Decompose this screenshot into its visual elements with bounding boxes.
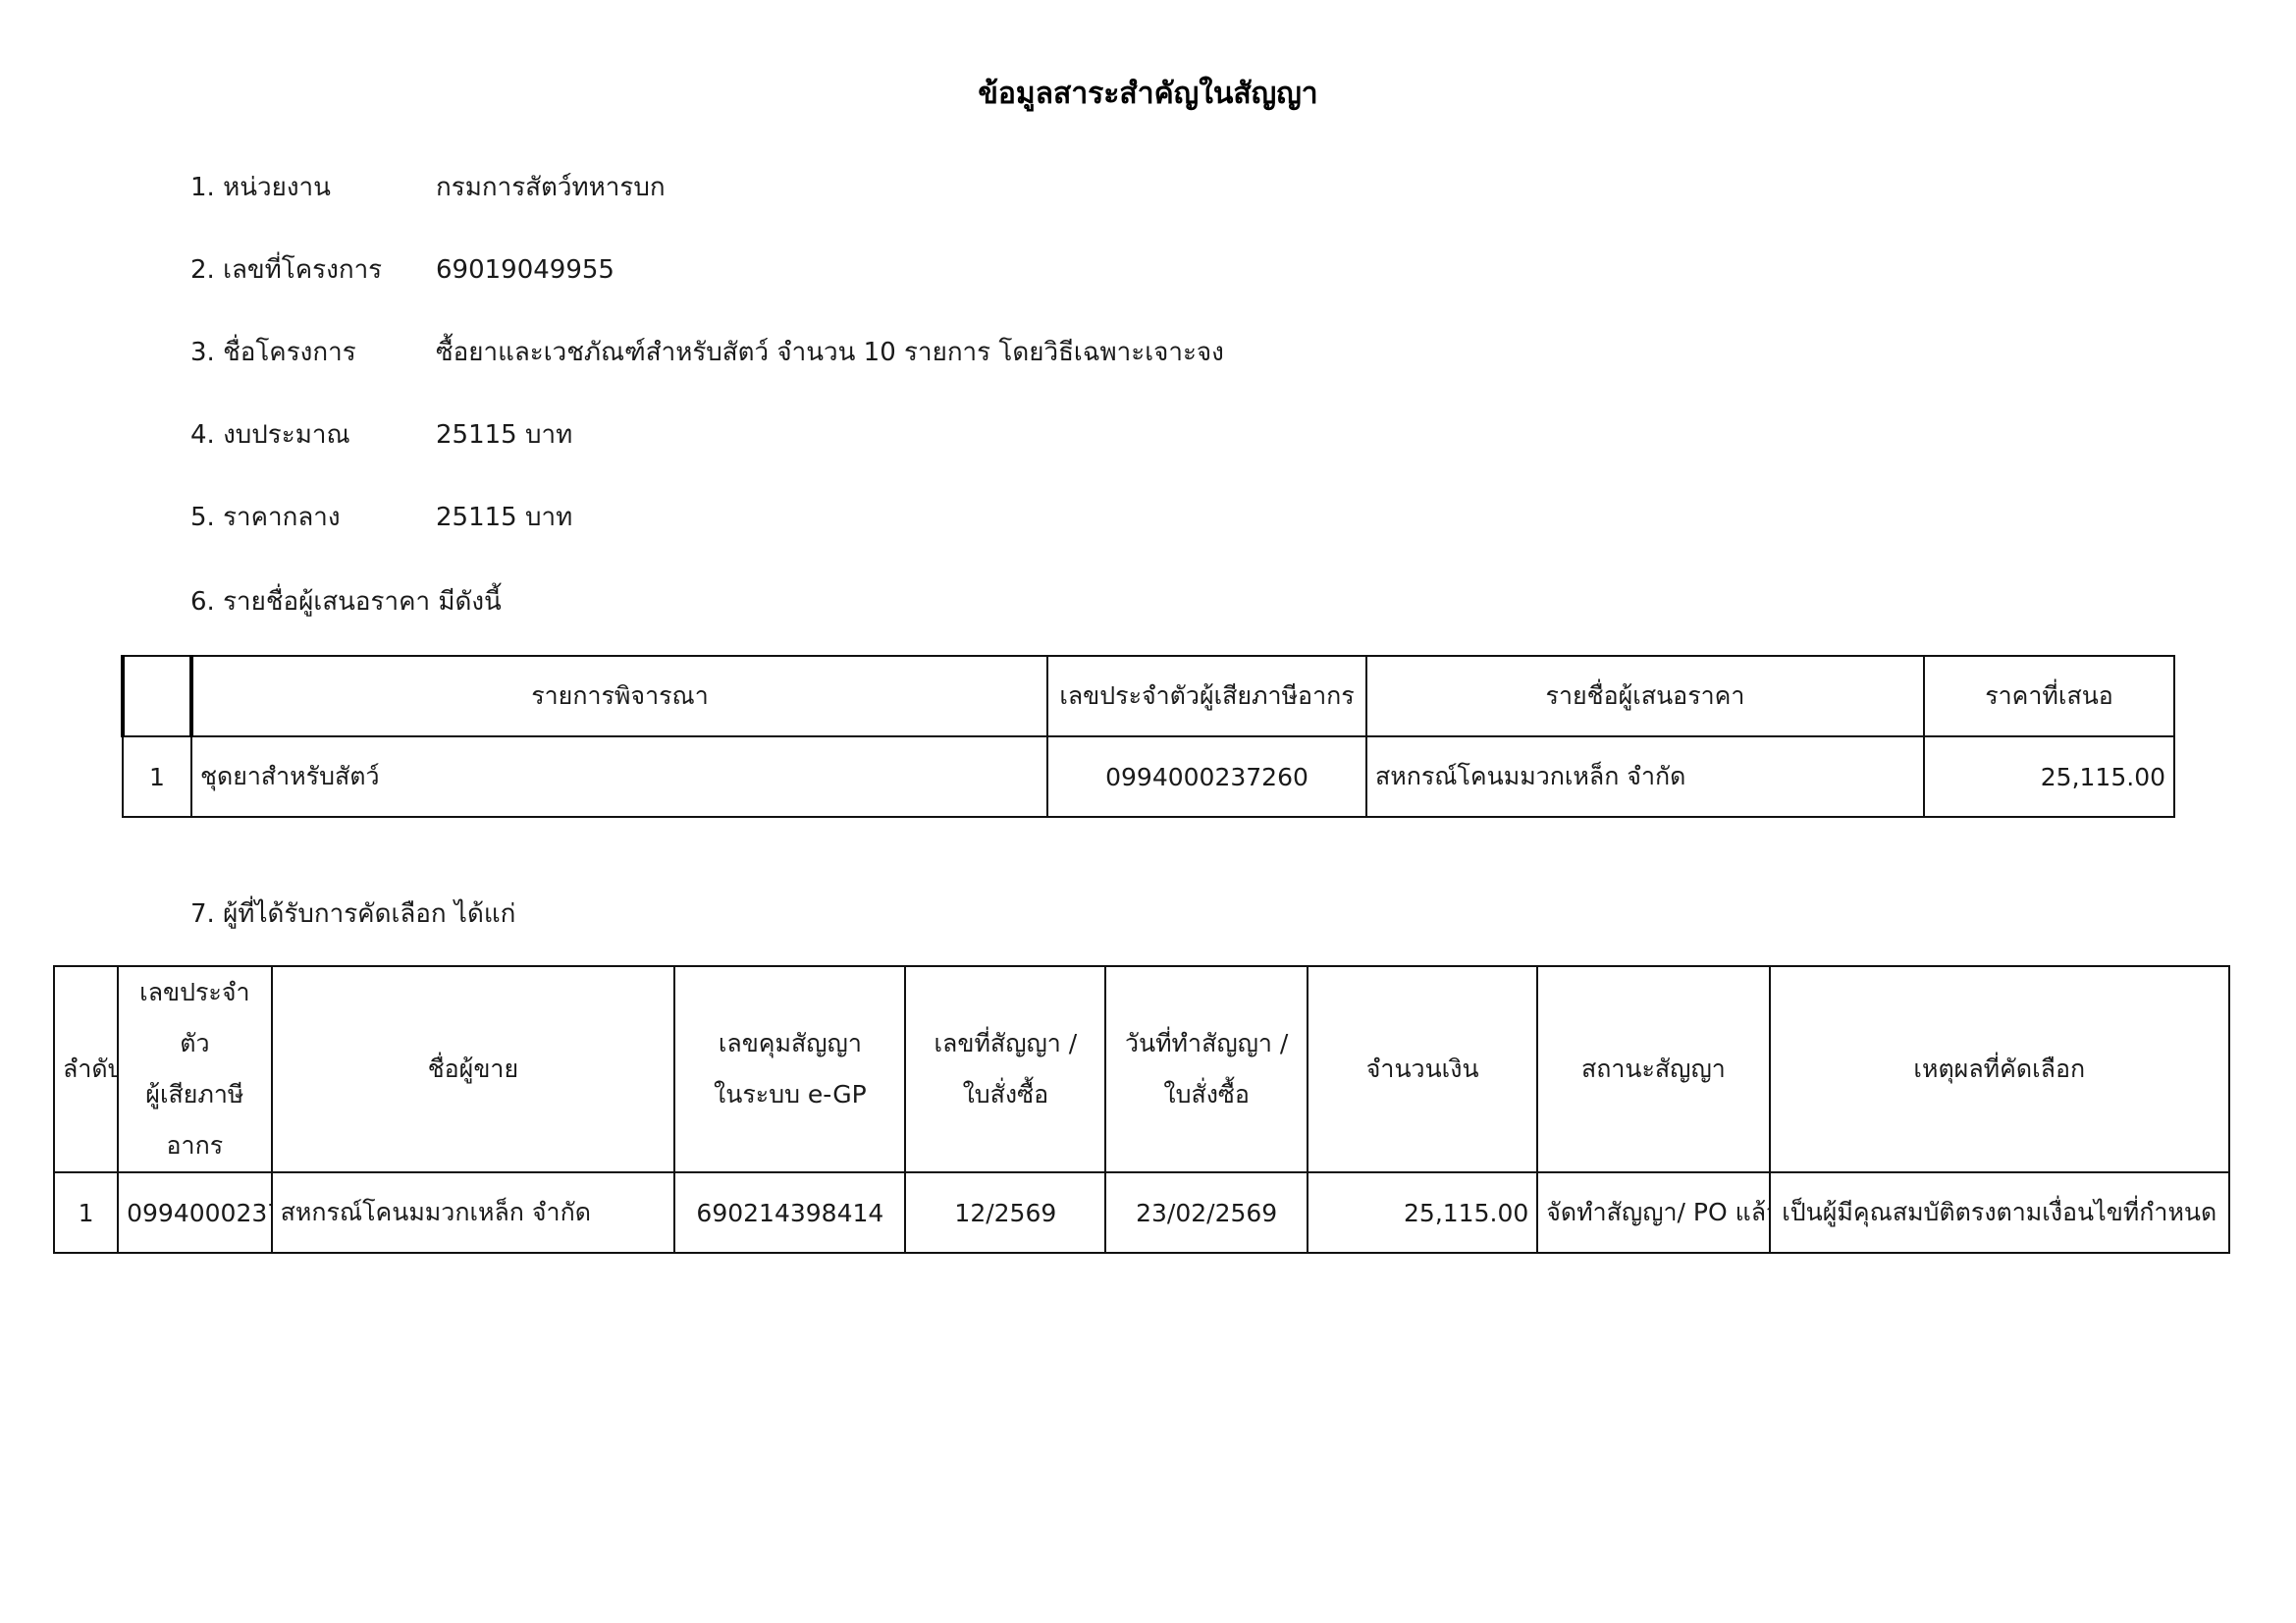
document-title: ข้อมูลสาระสำคัญในสัญญา — [0, 71, 2296, 117]
header-line: เหตุผลที่คัดเลือก — [1779, 1044, 2220, 1095]
cell-no: 1 — [54, 1172, 118, 1253]
field-value: กรมการสัตว์ทหารบก — [436, 168, 666, 207]
cell-reason: เป็นผู้มีคุณสมบัติตรงตามเงื่อนไขที่กำหนด — [1770, 1172, 2229, 1253]
header-cell-tax-id: เลขประจำตัวผู้เสียภาษีอากร — [118, 966, 271, 1172]
cell-tax-id: 0994000237260 — [118, 1172, 271, 1253]
cell-contract-number: 12/2569 — [905, 1172, 1105, 1253]
header-line: ใบสั่งซื้อ — [914, 1069, 1096, 1120]
header-line: จำนวนเงิน — [1316, 1044, 1528, 1095]
bidders-table: รายการพิจารณา เลขประจำตัวผู้เสียภาษีอากร… — [121, 655, 2175, 818]
field-value: 25115 บาท — [436, 498, 572, 537]
selected-vendor-table: ลำดับเลขประจำตัวผู้เสียภาษีอากรชื่อผู้ขา… — [53, 965, 2230, 1254]
header-cell-reason: เหตุผลที่คัดเลือก — [1770, 966, 2229, 1172]
header-line: ชื่อผู้ขาย — [281, 1044, 667, 1095]
header-line: เลขคุมสัญญา — [683, 1018, 896, 1069]
table-header-row: ลำดับเลขประจำตัวผู้เสียภาษีอากรชื่อผู้ขา… — [54, 966, 2229, 1172]
field-label: 1. หน่วยงาน — [190, 168, 331, 207]
cell-price: 25,115.00 — [1924, 736, 2174, 817]
cell-amount: 25,115.00 — [1308, 1172, 1537, 1253]
header-cell-price: ราคาที่เสนอ — [1924, 656, 2174, 736]
header-cell-contract-number: เลขที่สัญญา /ใบสั่งซื้อ — [905, 966, 1105, 1172]
header-line: สถานะสัญญา — [1546, 1044, 1760, 1095]
header-cell-item: รายการพิจารณา — [191, 656, 1047, 736]
section-selected-heading: 7. ผู้ที่ได้รับการคัดเลือก ได้แก่ — [190, 893, 515, 934]
header-cell-no: ลำดับ — [54, 966, 118, 1172]
field-label: 5. ราคากลาง — [190, 498, 341, 537]
header-line: เลขประจำตัว — [127, 967, 262, 1069]
header-line: วันที่ทำสัญญา / — [1114, 1018, 1299, 1069]
header-line: ผู้เสียภาษีอากร — [127, 1069, 262, 1171]
cell-seller: สหกรณ์โคนมมวกเหล็ก จำกัด — [272, 1172, 675, 1253]
table-header-row: รายการพิจารณา เลขประจำตัวผู้เสียภาษีอากร… — [123, 656, 2174, 736]
field-label: 4. งบประมาณ — [190, 415, 350, 455]
header-cell-no — [123, 656, 191, 736]
header-line: ในระบบ e-GP — [683, 1069, 896, 1120]
cell-no: 1 — [123, 736, 191, 817]
cell-tax-id: 0994000237260 — [1047, 736, 1366, 817]
header-cell-bidder: รายชื่อผู้เสนอราคา — [1366, 656, 1924, 736]
header-line: ใบสั่งซื้อ — [1114, 1069, 1299, 1120]
header-cell-seller: ชื่อผู้ขาย — [272, 966, 675, 1172]
table-row: 1 ชุดยาสำหรับสัตว์ 0994000237260 สหกรณ์โ… — [123, 736, 2174, 817]
cell-status: จัดทำสัญญา/ PO แล้ว — [1537, 1172, 1769, 1253]
cell-item: ชุดยาสำหรับสัตว์ — [191, 736, 1047, 817]
header-line: ลำดับ — [63, 1044, 109, 1095]
header-cell-contract-date: วันที่ทำสัญญา /ใบสั่งซื้อ — [1105, 966, 1308, 1172]
field-label: 3. ชื่อโครงการ — [190, 333, 356, 372]
section-bidders-heading: 6. รายชื่อผู้เสนอราคา มีดังนี้ — [190, 581, 502, 622]
field-value: ซื้อยาและเวชภัณฑ์สำหรับสัตว์ จำนวน 10 รา… — [436, 333, 1224, 372]
field-value: 25115 บาท — [436, 415, 572, 455]
header-line: เลขที่สัญญา / — [914, 1018, 1096, 1069]
field-value: 69019049955 — [436, 250, 614, 290]
cell-bidder: สหกรณ์โคนมมวกเหล็ก จำกัด — [1366, 736, 1924, 817]
cell-egp-number: 690214398414 — [674, 1172, 905, 1253]
header-cell-tax-id: เลขประจำตัวผู้เสียภาษีอากร — [1047, 656, 1366, 736]
header-cell-egp-number: เลขคุมสัญญาในระบบ e-GP — [674, 966, 905, 1172]
table-row: 1 0994000237260 สหกรณ์โคนมมวกเหล็ก จำกัด… — [54, 1172, 2229, 1253]
cell-contract-date: 23/02/2569 — [1105, 1172, 1308, 1253]
header-cell-status: สถานะสัญญา — [1537, 966, 1769, 1172]
field-label: 2. เลขที่โครงการ — [190, 250, 382, 290]
header-cell-amount: จำนวนเงิน — [1308, 966, 1537, 1172]
